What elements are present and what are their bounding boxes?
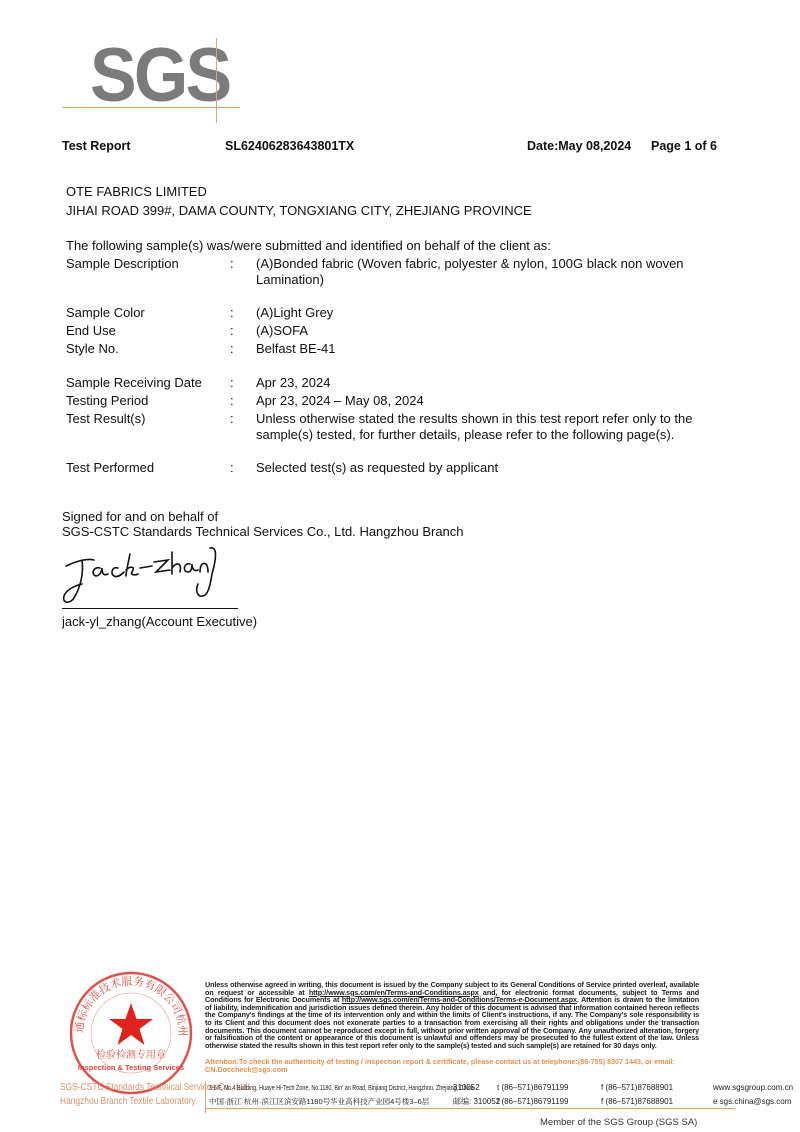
address-row-en: 3-6/F, No.4 Building, Huaye Hi-Tech Zone… xyxy=(209,1083,793,1092)
signing-company: SGS-CSTC Standards Technical Services Co… xyxy=(62,524,464,540)
member-statement: Member of the SGS Group (SGS SA) xyxy=(540,1117,697,1128)
lab-name-line2: Hangzhou Branch Textile Laboratory. xyxy=(60,1095,197,1107)
field-value-style-no: Belfast BE-41 xyxy=(256,341,736,357)
field-colon: : xyxy=(230,411,234,427)
postal-code-cn: 邮编: 310052 xyxy=(453,1096,497,1107)
field-label-end-use: End Use xyxy=(66,323,116,339)
signed-on-behalf-text: Signed for and on behalf of xyxy=(62,509,218,525)
field-colon: : xyxy=(230,460,234,476)
page-indicator: Page 1 of 6 xyxy=(651,139,717,153)
address-cn: 中国·浙江·杭州·滨江区滨安路1180号华业高科技产业园4号楼3–6层 xyxy=(209,1096,453,1107)
address-row-cn: 中国·浙江·杭州·滨江区滨安路1180号华业高科技产业园4号楼3–6层邮编: 3… xyxy=(209,1096,791,1107)
field-colon: : xyxy=(230,256,234,272)
client-address: JIHAI ROAD 399#, DAMA COUNTY, TONGXIANG … xyxy=(66,203,532,219)
email-link[interactable]: e sgs.china@sgs.com xyxy=(713,1097,791,1106)
fax: f (86–571)87688901 xyxy=(601,1083,713,1092)
telephone-cn: t (86–571)86791199 xyxy=(497,1097,601,1106)
field-label-testing-period: Testing Period xyxy=(66,393,148,409)
report-title: Test Report xyxy=(62,139,131,153)
field-colon: : xyxy=(230,323,234,339)
stamp-star-icon xyxy=(109,1003,153,1045)
logo-vertical-rule xyxy=(216,38,217,123)
official-stamp: 通标标准技术服务有限公司杭州分公司 检验检测专用章 Inspection & T… xyxy=(68,970,194,1096)
intro-text: The following sample(s) was/were submitt… xyxy=(66,238,551,254)
field-value-test-performed: Selected test(s) as requested by applica… xyxy=(256,460,736,476)
field-label-receiving-date: Sample Receiving Date xyxy=(66,375,202,391)
signer-name: jack-yl_zhang(Account Executive) xyxy=(62,614,257,630)
field-label-style-no: Style No. xyxy=(66,341,119,357)
field-value-receiving-date: Apr 23, 2024 xyxy=(256,375,736,391)
field-colon: : xyxy=(230,305,234,321)
field-value-testing-period: Apr 23, 2024 – May 08, 2024 xyxy=(256,393,736,409)
field-value-sample-description: (A)Bonded fabric (Woven fabric, polyeste… xyxy=(256,256,736,288)
footer-rule xyxy=(205,1108,735,1109)
address-en: 3-6/F, No.4 Building, Huaye Hi-Tech Zone… xyxy=(209,1083,385,1092)
legal-disclaimer: Unless otherwise agreed in writing, this… xyxy=(205,981,699,1049)
field-value-test-results: Unless otherwise stated the results show… xyxy=(256,411,736,443)
field-label-test-performed: Test Performed xyxy=(66,460,154,476)
disclaimer-text: . Attention is drawn to the limitation o… xyxy=(205,995,699,1050)
sgs-logo: SGS xyxy=(90,38,229,114)
logo-horizontal-rule xyxy=(62,107,240,108)
field-colon: : xyxy=(230,341,234,357)
field-label-sample-description: Sample Description xyxy=(66,256,179,272)
field-label-sample-color: Sample Color xyxy=(66,305,145,321)
authenticity-notice: Attention:To check the authenticity of t… xyxy=(205,1058,705,1074)
report-date: Date:May 08,2024 xyxy=(527,139,631,153)
fax-cn: f (86–571)87688901 xyxy=(601,1097,713,1106)
stamp-center-en: Inspection & Testing Services xyxy=(78,1063,184,1072)
field-label-test-results: Test Result(s) xyxy=(66,411,145,427)
field-value-sample-color: (A)Light Grey xyxy=(256,305,736,321)
field-colon: : xyxy=(230,393,234,409)
website-link[interactable]: www.sgsgroup.com.cn xyxy=(713,1083,793,1092)
signature-line xyxy=(62,608,238,609)
telephone: t (86–571)86791199 xyxy=(497,1083,601,1092)
stamp-center-cn: 检验检测专用章 xyxy=(96,1048,166,1061)
handwritten-signature xyxy=(60,540,220,606)
report-number: SL62406283643801TX xyxy=(225,139,354,153)
client-name: OTE FABRICS LIMITED xyxy=(66,184,207,200)
field-value-end-use: (A)SOFA xyxy=(256,323,736,339)
field-colon: : xyxy=(230,375,234,391)
